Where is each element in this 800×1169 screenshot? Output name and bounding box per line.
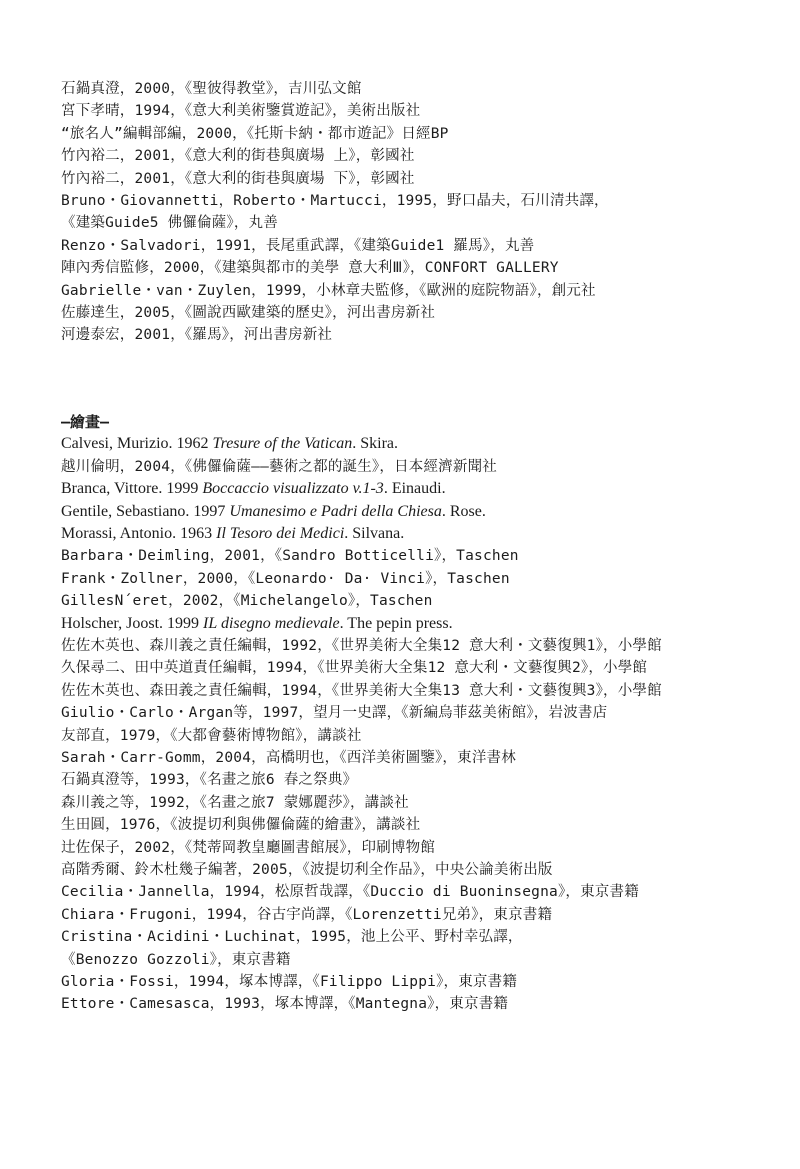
bib-entry-text: Branca, Vittore. 1999 — [61, 480, 202, 497]
bib-entry: 石鍋真澄等，1993，《名畫之旅6 春之祭典》 — [61, 769, 780, 791]
bib-entry: Gentile, Sebastiano. 1997 Umanesimo e Pa… — [61, 501, 780, 523]
bib-entry-text: Giulio・Carlo・Argan等，1997，望月一史譯，《新編烏菲茲美術館… — [61, 705, 607, 721]
bib-entry-text: . Rose. — [442, 503, 486, 520]
bib-entry: Chiara・Frugoni，1994，谷古宇尚譯，《Lorenzetti兄弟》… — [61, 904, 780, 926]
bib-entry: 越川倫明，2004，《佛儸倫薩——藝術之都的誕生》，日本經濟新聞社 — [61, 456, 780, 478]
bib-entry: Giulio・Carlo・Argan等，1997，望月一史譯，《新編烏菲茲美術館… — [61, 702, 780, 724]
bib-entry: 佐藤達生，2005，《圖說西歐建築的歷史》，河出書房新社 — [61, 302, 780, 324]
bib-entry: 陣內秀信監修，2000，《建築與都市的美學 意大利Ⅲ》，CONFORT GALL… — [61, 257, 780, 279]
bib-entry-text: 越川倫明，2004，《佛儸倫薩——藝術之都的誕生》，日本經濟新聞社 — [61, 459, 497, 475]
bib-entry: Gabrielle・van・Zuylen，1999，小林章夫監修，《歐洲的庭院物… — [61, 280, 780, 302]
bib-entry: Holscher, Joost. 1999 IL disegno medieva… — [61, 613, 780, 635]
bib-entry-text: Barbara・Deimling，2001，《Sandro Botticelli… — [61, 548, 519, 564]
bib-entry: GillesN´eret，2002，《Michelangelo》，Taschen — [61, 590, 780, 612]
bib-entry-text: 《Benozzo Gozzoli》，東京書籍 — [61, 952, 291, 968]
bib-entry-text: 生田圓，1976，《波提切利與佛儸倫薩的繪畫》，講談社 — [61, 817, 420, 833]
bib-entry: Bruno・Giovannetti，Roberto・Martucci，1995，… — [61, 190, 780, 212]
bib-entry-text: 佐佐木英也、森田義之責任編輯，1994，《世界美術大全集13 意大利・文藝復興3… — [61, 683, 662, 699]
bib-entry-text: 友部直，1979，《大都會藝術博物館》，講談社 — [61, 728, 362, 744]
bib-entry-text: 佐藤達生，2005，《圖說西歐建築的歷史》，河出書房新社 — [61, 305, 435, 321]
bib-entry: 生田圓，1976，《波提切利與佛儸倫薩的繪畫》，講談社 — [61, 814, 780, 836]
bib-entry-text: Renzo・Salvadori，1991，長尾重武譯，《建築Guide1 羅馬》… — [61, 238, 534, 254]
bib-entry-text: 辻佐保子，2002，《梵蒂岡教皇廳圖書館展》，印刷博物館 — [61, 840, 435, 856]
bib-entry-text: Gloria・Fossi，1994，塚本博譯，《Filippo Lippi》，東… — [61, 974, 517, 990]
bib-entry-text: 石鍋真澄等，1993，《名畫之旅6 春之祭典》 — [61, 772, 357, 788]
bib-entry-text: Holscher, Joost. 1999 — [61, 615, 203, 632]
bib-entry-text: Gentile, Sebastiano. 1997 — [61, 503, 229, 520]
bibliography-list: 石鍋真澄，2000，《聖彼得教堂》，吉川弘文館宮下孝晴，1994，《意大利美術鑒… — [61, 78, 780, 1016]
bib-entry-text: Bruno・Giovannetti，Roberto・Martucci，1995，… — [61, 193, 609, 209]
bib-entry: 竹內裕二，2001，《意大利的街巷與廣場 下》，彰國社 — [61, 168, 780, 190]
bib-entry: 辻佐保子，2002，《梵蒂岡教皇廳圖書館展》，印刷博物館 — [61, 837, 780, 859]
bib-entry: 《建築Guide5 佛儸倫薩》，丸善 — [61, 212, 780, 234]
bib-entry-title: Tresure of the Vatican — [213, 435, 353, 452]
bib-entry-text: Chiara・Frugoni，1994，谷古宇尚譯，《Lorenzetti兄弟》… — [61, 907, 552, 923]
section-heading-paintings: —繪畫— — [61, 411, 780, 433]
bib-entry: 石鍋真澄，2000，《聖彼得教堂》，吉川弘文館 — [61, 78, 780, 100]
bib-entry-text: Cristina・Acidini・Luchinat，1995，池上公平、野村幸弘… — [61, 929, 523, 945]
bib-entry: 森川義之等，1992，《名畫之旅7 蒙娜麗莎》，講談社 — [61, 792, 780, 814]
bib-entry: 高階秀爾、鈴木杜幾子編著，2005，《波提切利全作品》，中央公論美術出版 — [61, 859, 780, 881]
bib-entry: Cecilia・Jannella，1994，松原哲哉譯，《Duccio di B… — [61, 881, 780, 903]
bib-entry-text: . Skira. — [352, 435, 398, 452]
bib-entry: “旅名人”編輯部編，2000，《托斯卡納・都市遊記》日經BP — [61, 123, 780, 145]
bib-entry: Calvesi, Murizio. 1962 Tresure of the Va… — [61, 433, 780, 455]
bib-entry-text: Frank・Zollner，2000，《Leonardo· Da· Vinci》… — [61, 571, 510, 587]
bib-entry-title: Umanesimo e Padri della Chiesa — [229, 503, 441, 520]
bib-entry-text: . Einaudi. — [384, 480, 446, 497]
bib-entry-text: GillesN´eret，2002，《Michelangelo》，Taschen — [61, 593, 433, 609]
bib-entry-text: 宮下孝晴，1994，《意大利美術鑒賞遊記》，美術出版社 — [61, 103, 420, 119]
bib-entry-text: 高階秀爾、鈴木杜幾子編著，2005，《波提切利全作品》，中央公論美術出版 — [61, 862, 553, 878]
bib-entry-title: Boccaccio visualizzato v.1-3 — [202, 480, 383, 497]
bib-entry: Frank・Zollner，2000，《Leonardo· Da· Vinci》… — [61, 568, 780, 590]
bib-entry-text: 河邊泰宏，2001，《羅馬》，河出書房新社 — [61, 327, 332, 343]
bib-entry-text: 竹內裕二，2001，《意大利的街巷與廣場 下》，彰國社 — [61, 171, 415, 187]
bib-entry-text: . The pepin press. — [340, 615, 453, 632]
bib-entry: 佐佐木英也、森川義之責任編輯，1992，《世界美術大全集12 意大利・文藝復興1… — [61, 635, 780, 657]
bib-entry: 《Benozzo Gozzoli》，東京書籍 — [61, 949, 780, 971]
bib-entry: 宮下孝晴，1994，《意大利美術鑒賞遊記》，美術出版社 — [61, 100, 780, 122]
bib-entry: Ettore・Camesasca，1993，塚本博譯，《Mantegna》，東京… — [61, 993, 780, 1015]
bib-entry: Cristina・Acidini・Luchinat，1995，池上公平、野村幸弘… — [61, 926, 780, 948]
bib-entry-text: 森川義之等，1992，《名畫之旅7 蒙娜麗莎》，講談社 — [61, 795, 409, 811]
bib-entry-text: . Silvana. — [344, 525, 404, 542]
bib-entry: 佐佐木英也、森田義之責任編輯，1994，《世界美術大全集13 意大利・文藝復興3… — [61, 680, 780, 702]
bib-entry: 友部直，1979，《大都會藝術博物館》，講談社 — [61, 725, 780, 747]
bib-entry: Branca, Vittore. 1999 Boccaccio visualiz… — [61, 478, 780, 500]
bib-entry-title: IL disegno medievale — [203, 615, 340, 632]
bib-entry: Morassi, Antonio. 1963 Il Tesoro dei Med… — [61, 523, 780, 545]
bib-entry: 久保尋二、田中英道責任編輯，1994，《世界美術大全集12 意大利・文藝復興2》… — [61, 657, 780, 679]
bib-entry-text: 久保尋二、田中英道責任編輯，1994，《世界美術大全集12 意大利・文藝復興2》… — [61, 660, 647, 676]
bib-entry-text: 石鍋真澄，2000，《聖彼得教堂》，吉川弘文館 — [61, 81, 362, 97]
bib-entry-text: “旅名人”編輯部編，2000，《托斯卡納・都市遊記》日經BP — [61, 126, 449, 142]
bib-entry-title: Il Tesoro dei Medici — [216, 525, 344, 542]
bib-entry-text: Morassi, Antonio. 1963 — [61, 525, 216, 542]
bib-entry-text: 竹內裕二，2001，《意大利的街巷與廣場 上》，彰國社 — [61, 148, 415, 164]
bib-entry: Renzo・Salvadori，1991，長尾重武譯，《建築Guide1 羅馬》… — [61, 235, 780, 257]
bib-entry-text: Calvesi, Murizio. 1962 — [61, 435, 213, 452]
bib-entry-text: Cecilia・Jannella，1994，松原哲哉譯，《Duccio di B… — [61, 884, 639, 900]
document-page: 石鍋真澄，2000，《聖彼得教堂》，吉川弘文館宮下孝晴，1994，《意大利美術鑒… — [0, 0, 800, 1169]
section-gap — [61, 347, 780, 411]
bib-entry: Gloria・Fossi，1994，塚本博譯，《Filippo Lippi》，東… — [61, 971, 780, 993]
bib-entry-text: Sarah・Carr-Gomm，2004，高橋明也，《西洋美術圖鑒》，東洋書林 — [61, 750, 516, 766]
bib-entry: 竹內裕二，2001，《意大利的街巷與廣場 上》，彰國社 — [61, 145, 780, 167]
bib-entry-text: Gabrielle・van・Zuylen，1999，小林章夫監修，《歐洲的庭院物… — [61, 283, 596, 299]
bib-entry: Sarah・Carr-Gomm，2004，高橋明也，《西洋美術圖鑒》，東洋書林 — [61, 747, 780, 769]
bib-entry-text: 《建築Guide5 佛儸倫薩》，丸善 — [61, 215, 278, 231]
bib-entry-text: 陣內秀信監修，2000，《建築與都市的美學 意大利Ⅲ》，CONFORT GALL… — [61, 260, 559, 276]
bib-entry: Barbara・Deimling，2001，《Sandro Botticelli… — [61, 545, 780, 567]
bib-entry-text: 佐佐木英也、森川義之責任編輯，1992，《世界美術大全集12 意大利・文藝復興1… — [61, 638, 662, 654]
bib-entry: 河邊泰宏，2001，《羅馬》，河出書房新社 — [61, 324, 780, 346]
bib-entry-text: Ettore・Camesasca，1993，塚本博譯，《Mantegna》，東京… — [61, 996, 508, 1012]
